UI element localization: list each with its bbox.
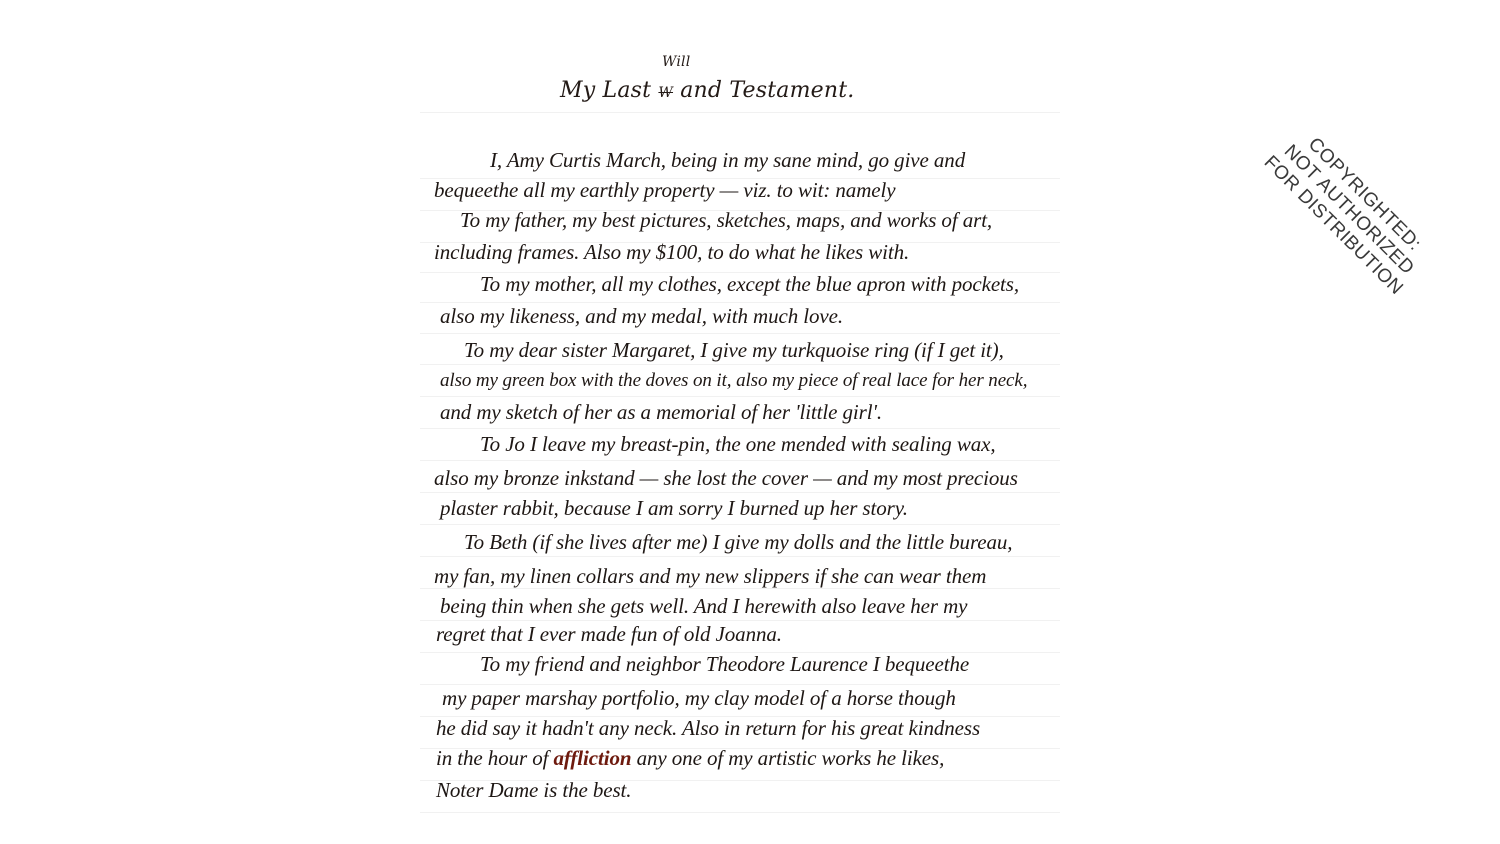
text-line: my fan, my linen collars and my new slip…: [434, 564, 986, 589]
text-line: also my likeness, and my medal, with muc…: [440, 304, 843, 329]
ruled-line: [420, 492, 1060, 493]
text-line: To my friend and neighbor Theodore Laure…: [480, 652, 969, 677]
ruled-line: [420, 556, 1060, 557]
text-line: regret that I ever made fun of old Joann…: [436, 622, 782, 647]
document-title: My Last W Will and Testament.: [560, 78, 855, 103]
title-inserted-word: Will: [662, 54, 690, 70]
ruled-line: [420, 524, 1060, 525]
ruled-line: [420, 302, 1060, 303]
text-line-part: any one of my artistic works he likes,: [631, 746, 944, 770]
handwritten-will-page: My Last W Will and Testament. I, Amy Cur…: [420, 0, 1060, 844]
ruled-line: [420, 620, 1060, 621]
title-part: and Testament.: [680, 78, 854, 103]
text-line: plaster rabbit, because I am sorry I bur…: [440, 496, 908, 521]
ruled-line: [420, 812, 1060, 813]
text-line: my paper marshay portfolio, my clay mode…: [442, 686, 956, 711]
text-line: also my bronze inkstand — she lost the c…: [434, 466, 1018, 491]
copyright-watermark: COPYRIGHTED: NOT AUTHORIZED FOR DISTRIBU…: [1233, 95, 1464, 326]
text-line: also my green box with the doves on it, …: [440, 370, 1027, 392]
text-line: in the hour of affliction any one of my …: [436, 746, 944, 771]
ruled-line: [420, 333, 1060, 334]
ruled-line: [420, 396, 1060, 397]
ruled-line: [420, 684, 1060, 685]
watermark-line: NOT AUTHORIZED: [1249, 111, 1448, 310]
text-line: and my sketch of her as a memorial of he…: [440, 400, 882, 425]
ruled-line: [420, 364, 1060, 365]
text-line: To Beth (if she lives after me) I give m…: [464, 530, 1012, 555]
title-part: My Last: [560, 78, 651, 103]
text-line: being thin when she gets well. And I her…: [440, 594, 967, 619]
ruled-line: [420, 112, 1060, 113]
text-line: To Jo I leave my breast-pin, the one men…: [480, 432, 996, 457]
text-line-part: in the hour of: [436, 746, 554, 770]
highlighted-word: affliction: [554, 746, 632, 770]
text-line: To my mother, all my clothes, except the…: [480, 272, 1019, 297]
text-line: he did say it hadn't any neck. Also in r…: [436, 716, 980, 741]
text-line: To my dear sister Margaret, I give my tu…: [464, 338, 1004, 363]
text-line: To my father, my best pictures, sketches…: [460, 208, 992, 233]
ruled-line: [420, 428, 1060, 429]
text-line: bequeethe all my earthly property — viz.…: [434, 178, 895, 203]
ruled-line: [420, 460, 1060, 461]
text-line: I, Amy Curtis March, being in my sane mi…: [490, 148, 965, 173]
title-struck-word: W: [658, 85, 673, 101]
text-line: Noter Dame is the best.: [436, 778, 631, 803]
text-line: including frames. Also my $100, to do wh…: [434, 240, 909, 265]
